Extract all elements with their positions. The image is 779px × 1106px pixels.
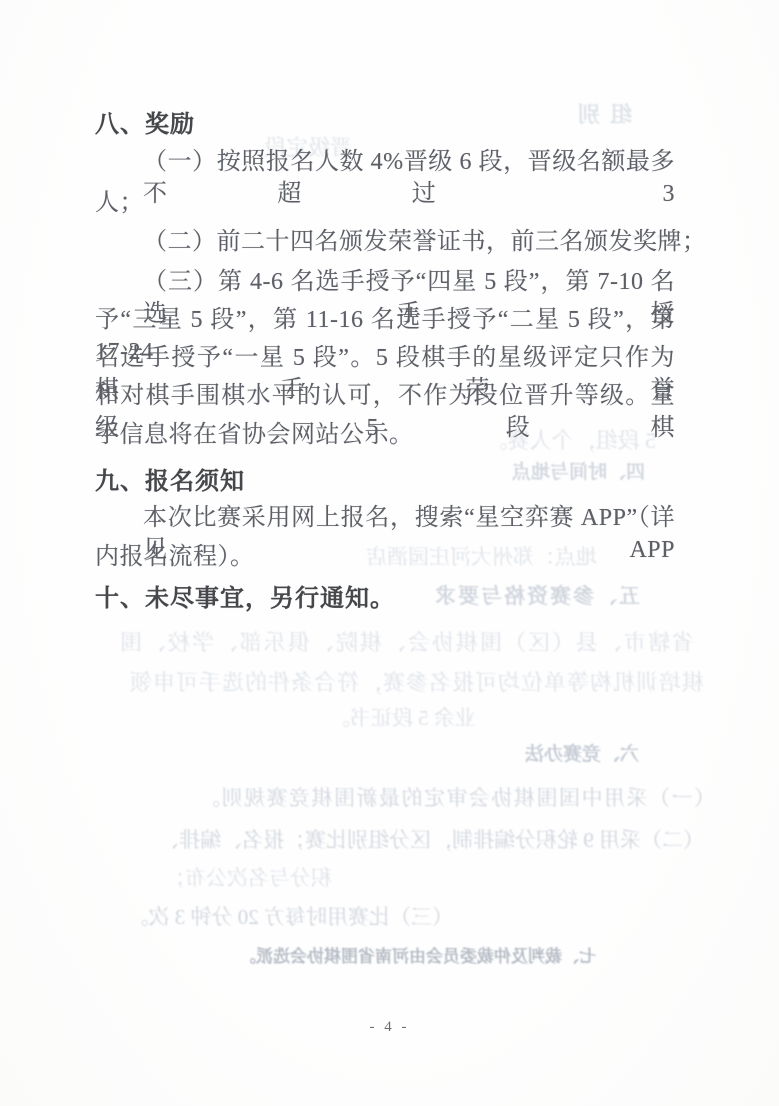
bleedthrough-line: 棋培训机构等单位均可报名参赛，符合条件的选手可申领 <box>92 669 704 698</box>
doc-line: （二）前二十四名颁发荣誉证书，前三名颁发奖牌； <box>143 226 707 258</box>
bleedthrough-line: 四、时间与地点 <box>505 461 645 486</box>
bleedthrough-line: 省辖市、县（区）围棋协会、棋院、俱乐部、学校、围 <box>92 629 694 658</box>
bleedthrough-line: 七、裁判及仲裁委员会由河南省围棋协会选派。 <box>242 946 596 968</box>
doc-line: 和对棋手围棋水平的认可，不作为段位晋升等级。星级 5 段棋 <box>95 380 675 412</box>
bleedthrough-line: 五、参赛资格与要求 <box>420 583 640 610</box>
bleedthrough-line: （二）采用 9 轮积分编排制，区分组别比赛；报名、编排、 <box>92 827 704 854</box>
bleedthrough-line: 积分与名次公布； <box>168 865 332 892</box>
doc-line: 名选手授予“一星 5 段”。5 段棋手的星级评定只作为棋手荣誉 <box>95 342 675 374</box>
bleedthrough-line: （一）采用中国围棋协会审定的最新围棋竞赛规则。 <box>185 785 715 812</box>
doc-line: （一）按照报名人数 4%晋级 6 段，晋级名额最多不超过 3 <box>143 146 675 178</box>
section-heading-9-registration: 九、报名须知 <box>95 466 245 498</box>
doc-line: 内报名流程）。 <box>95 541 255 573</box>
bleedthrough-line: 六、竞赛办法 <box>527 743 639 768</box>
page-number: - 4 - <box>0 1019 779 1036</box>
doc-line: 本次比赛采用网上报名，搜索“星空弈赛 APP”（详见 APP <box>143 502 675 534</box>
bleedthrough-line: 业余 5 段证书。 <box>298 705 476 732</box>
bleedthrough-line: 组 别 <box>548 101 632 130</box>
document-page: 组 别 晋级定段 一 一 5 段组，个人赛。 四、时间与地点 地点：郑州大河庄园… <box>0 0 779 1106</box>
doc-line: 手信息将在省协会网站公示。 <box>95 419 414 451</box>
doc-line: 人； <box>95 187 144 219</box>
section-heading-8-awards: 八、奖励 <box>95 109 195 141</box>
section-heading-10-misc: 十、未尽事宜，另行通知。 <box>95 583 395 615</box>
bleedthrough-line: （三）比赛用时每方 20 分钟 3 次。 <box>155 904 453 931</box>
doc-line: 予“三星 5 段”，第 11-16 名选手授予“二星 5 段”，第 17-24 <box>95 304 675 336</box>
doc-line: （三）第 4-6 名选手授予“四星 5 段”，第 7-10 名选手授 <box>143 266 675 298</box>
